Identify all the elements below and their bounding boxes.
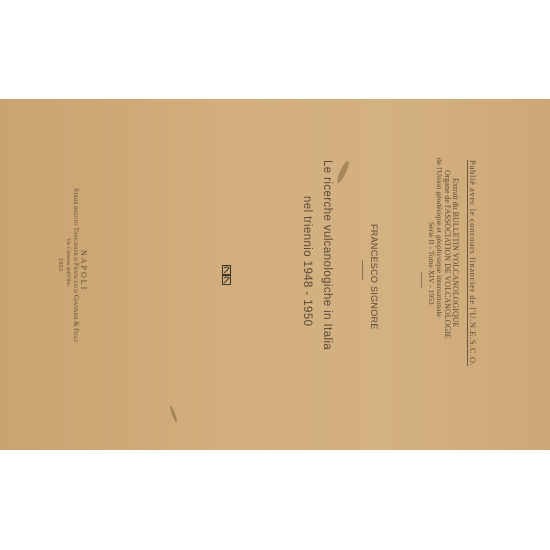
header-divider bbox=[421, 272, 422, 288]
header-line-2: Organe de l'ASSOCIATION DE VOLCANOLOGIE bbox=[443, 170, 452, 339]
publisher-address: Via Cisterna dell'Olio bbox=[65, 238, 71, 286]
header-line-1: Extrait du BULLETIN VOLCANOLOGIQUE bbox=[451, 178, 460, 327]
printer-mark-icon bbox=[222, 265, 231, 285]
author-name: FRANCESCO SIGNORE bbox=[369, 224, 379, 330]
publisher-printer: Stabilimento Tipografico Francesco Giann… bbox=[72, 188, 79, 342]
publisher-city: NAPOLI bbox=[79, 250, 88, 291]
header-line-3: de l'Union géodésique et géophysique int… bbox=[435, 158, 444, 317]
title-line-2: nel triennio 1948 - 1950 bbox=[301, 196, 313, 326]
header-line-4: Serie II - Tome XIV - 1953 bbox=[427, 222, 436, 305]
publication-year: 1953 bbox=[57, 258, 64, 271]
author-divider bbox=[362, 260, 363, 280]
title-line-1: Le ricerche vulcanologiche in Italia bbox=[321, 160, 333, 350]
funding-note: Publié avec le concours financier de l'U… bbox=[467, 160, 478, 366]
